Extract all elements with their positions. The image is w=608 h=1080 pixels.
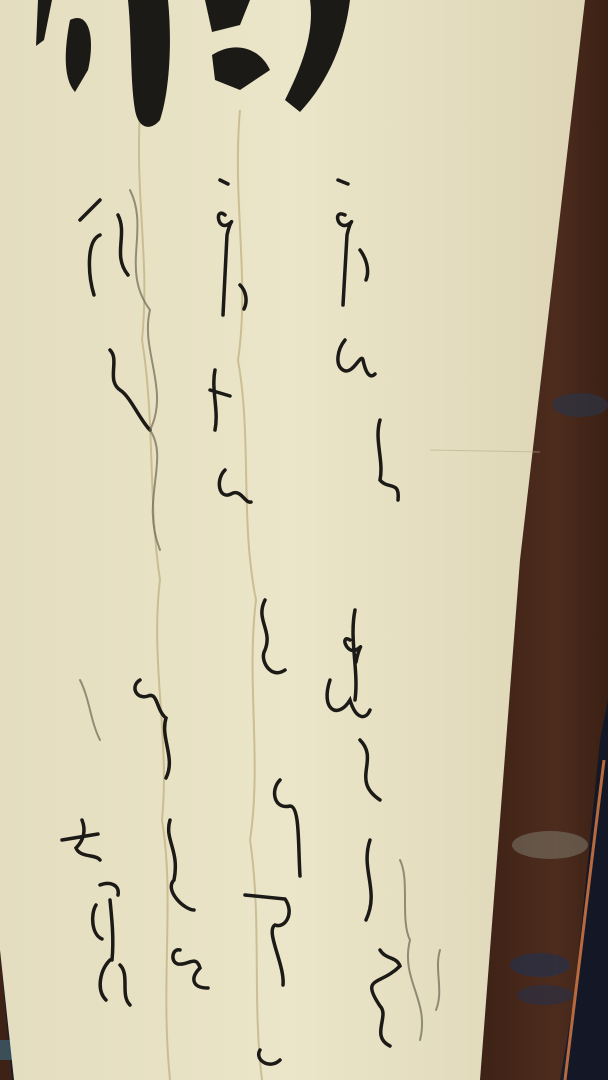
mount-pattern <box>517 985 573 1005</box>
mount-pattern <box>510 953 570 977</box>
mount-pattern <box>552 393 608 417</box>
scroll-photo <box>0 0 608 1080</box>
mount-pattern <box>512 831 588 859</box>
